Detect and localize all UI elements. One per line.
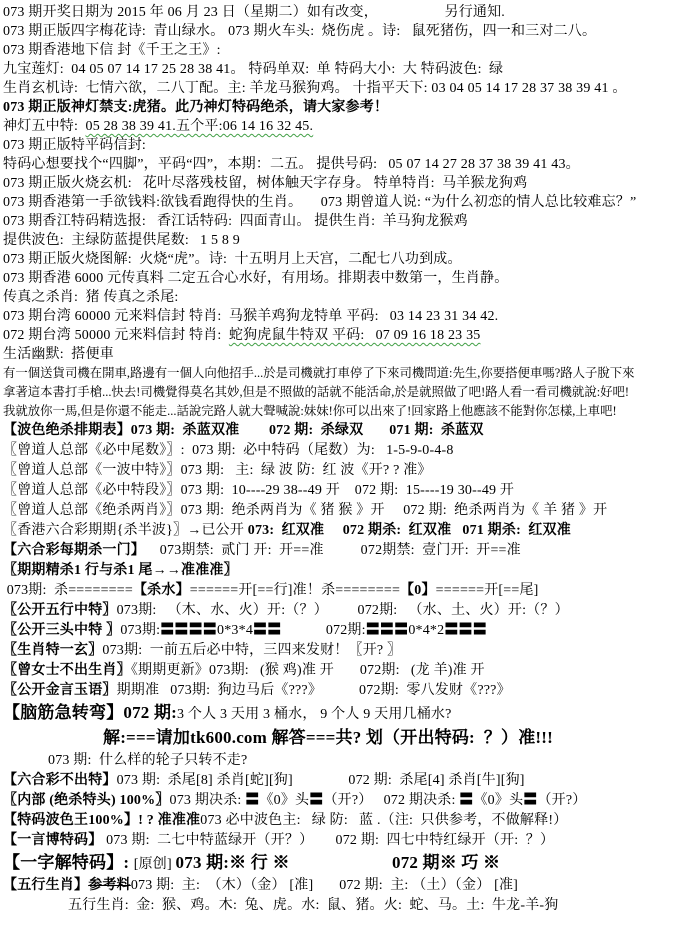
text-segment: 《0》头 [259,793,309,808]
text-segment: 〖期期精杀1 行与杀1 尾→→准准准〗 [3,563,238,578]
text-segment: 《0》头 [473,793,523,808]
text-line: 有一個送貨司機在開車,路邊有一個人向他招手...於是司機就打車停了下來司機問道:… [3,364,688,383]
text-line: 073 期正版四字梅花诗: 青山绿水。 073 期火车头: 烧伤虎 。诗: 鼠死… [3,22,688,41]
text-segment: 【六合彩不出特】 [3,773,117,788]
text-line: 【脑筋急转弯】072 期:3 个人 3 天用 3 桶水， 9 个人 9 天用几桶… [3,701,688,726]
text-segment: ======开[==行]准！杀======== [190,583,400,598]
text-segment: 期期准 073期: 狗边马后《???》 072期: 零八发财《???》 [117,683,511,698]
text-line: 〖曾女士不出生肖〗《期期更新》073期: (猴 鸡)准 开 072期: (龙 羊… [3,661,688,681]
text-line: 【六合彩不出特】073 期: 杀尾[8] 杀肖[蛇][狗] 072 期: 杀尾[… [3,771,688,791]
text-line: 【特码波色王100%】! ? 准准准073 必中波色主: 绿 防: 蓝 .（注:… [3,811,688,831]
text-segment: 【六合彩每期杀一门】 [3,543,145,558]
text-segment: 蛇狗虎鼠牛特双 平码: 07 09 16 18 23 35 [229,328,481,343]
text-segment: 【一言博特码】 [3,833,102,848]
text-segment: 解答===共? 划（开出特码: ？）准!!! [267,728,553,747]
text-segment: 拿著這本書打手槍...快去!司機覺得莫名其妙,但是不照做的話就不能活命,於是就照… [3,385,629,399]
text-line: 五行生肖: 金: 猴、鸡。木: 兔、虎。水: 鼠、猪。火: 蛇、马。土: 牛龙-… [3,896,688,916]
text-segment: 073 期香港地下信 封《千王之王》: [3,43,221,58]
text-line: 〖公开金言玉语〗期期准 073期: 狗边马后《???》 072期: 零八发财《?… [3,681,688,701]
text-line: 〖期期精杀1 行与杀1 尾→→准准准〗 [3,561,688,581]
text-segment: 【0】 [400,583,436,598]
text-segment: 〓 [245,793,259,808]
text-line: 特码心想要找个“四脚”，平码“四”，本期：二五。 提供号码: 05 07 14 … [3,155,688,174]
tk600-promo-text: tk600.com [190,728,267,747]
text-segment: 073 期香江特码精选报: 香江话特码: 四面青山。 提供生肖: 羊马狗龙猴鸡 [3,214,468,229]
text-line: 【六合彩每期杀一门】 073期禁: 贰门 开: 开==准 072期禁: 壹门开:… [3,541,688,561]
text-segment: ======开[==尾] [436,583,539,598]
text-segment: 〓 [459,793,473,808]
text-segment: 〓〓〓 [366,623,409,638]
text-segment: 参考料 [88,878,131,893]
text-line: 〖曾道人总部《一波中特》〗073 期: 主: 绿 波 防: 红 波《开? ? 准… [3,461,688,481]
text-segment: 【一字解特码】: [3,853,134,872]
text-segment: 生肖玄机诗: 七情六欲，二八丁配。主: 羊龙马猴狗鸡。 十指平天下: 03 04… [3,81,627,96]
text-line: 073 期正版神灯禁支:虎猪。此乃神灯特码绝杀，请大家参考！ [3,98,688,117]
text-segment: 073 期正版火烧图解: 火烧“虎”。诗: 十五明月上天宫，二配七八功到成。 [3,252,462,267]
text-line: 【一言博特码】 073 期: 二七中特蓝绿开（开？） 072 期: 四七中特红绿… [3,831,688,851]
text-line: 【五行生肖】参考料073 期: 主: （木）（金） [准] 072 期: 主: … [3,876,688,896]
text-segment: 072期: [281,623,365,638]
text-line: 〖曾道人总部《必中特段》〗073 期: 10----29 38--49 开 07… [3,481,688,501]
text-line: 073 期: 什么样的轮子只转不走? [3,751,688,771]
text-segment: 我就放你一馬,但是你還不能走...話說完路人就大聲喊說:妹妹!你可以出來了!回家… [3,404,617,418]
text-segment: 073 期正版火烧玄机: 花叶尽落残枝留，树体触天字存身。 特单特肖: 马羊猴龙… [3,176,527,191]
text-line: 我就放你一馬,但是你還不能走...話說完路人就大聲喊說:妹妹!你可以出來了!回家… [3,402,688,421]
text-segment: 〖公开五行中特〗 [3,603,117,618]
text-segment: 有一個送貨司機在開車,路邊有一個人向他招手...於是司機就打車停了下來司機問道:… [3,366,635,380]
text-segment: 〓〓〓〓 [160,623,217,638]
text-segment: 0*3*4 [217,623,253,638]
text-segment: 五行生肖: 金: 猴、鸡。木: 兔、虎。水: 鼠、猪。火: 蛇、马。土: 牛龙-… [68,898,558,913]
text-segment: 073: 红双准 072 期杀: 红双准 071 期杀: 红双准 [248,523,571,538]
text-segment: （开?） [537,793,586,808]
text-segment: 0*4*2 [408,623,444,638]
text-segment: 073期: [120,623,160,638]
text-segment: 〖公开三头中特 〗 [3,623,120,638]
text-segment: 073 期: 杀尾[8] 杀肖[蛇][狗] 072 期: 杀尾[4] 杀肖[牛]… [117,773,525,788]
text-line: 073 期正版火烧玄机: 花叶尽落残枝留，树体触天字存身。 特单特肖: 马羊猴龙… [3,174,688,193]
text-segment: 〓 [309,793,323,808]
text-segment: 九宝莲灯: 04 05 07 14 17 25 28 38 41。 特码单双: … [3,62,503,77]
text-segment: 传真之杀肖: 猪 传真之杀尾: [3,290,178,305]
text-segment: 提供波色: 主绿防蓝提供尾数: 1 5 8 9 [3,233,240,248]
text-segment: 073 期: 二七中特蓝绿开（开？） 072 期: 四七中特红绿开（开: ？） [102,833,554,848]
lottery-tips-document: 073 期开奖日期为 2015 年 06 月 23 日（星期二）如有改变， 另行… [0,0,688,916]
text-segment: 【波色绝杀排期表】073 期: 杀蓝双准 072 期: 杀绿双 071 期: 杀… [3,423,484,438]
text-line: 073 期正版特平码信封: [3,136,688,155]
text-segment: 〖曾道人总部《绝杀两肖》〗073 期: 绝杀两肖为《 猪 猴 》开 072 期:… [3,503,607,518]
text-segment: 073 期台湾 60000 元来料信封 特肖: 马猴羊鸡狗龙特单 平码: 03 … [3,309,498,324]
text-segment: 解:===请加 [103,728,190,747]
text-segment: 〓〓〓 [444,623,487,638]
text-line: 073 期香港地下信 封《千王之王》: [3,41,688,60]
text-segment: 073 期开奖日期为 2015 年 06 月 23 日（星期二）如有改变， 另行… [3,5,505,20]
text-segment: 〖曾道人总部《必中特段》〗073 期: 10----29 38--49 开 07… [3,483,514,498]
text-segment: 神灯五中特: [3,119,86,134]
text-segment: 05 28 38 39 41.五个平:06 14 16 32 45. [86,119,314,134]
text-segment: 〖生肖特一玄〗 [3,643,102,658]
text-line: 073期: 杀========【杀水】======开[==行]准！杀======… [3,581,688,601]
text-segment: 3 个人 3 天用 3 桶水， 9 个人 9 天用几桶水? [177,707,452,722]
text-segment: 073期: （木、水、火）开:（？） 072期: （水、土、火）开:（？） [117,603,569,618]
text-segment: 073 期正版特平码信封: [3,138,146,153]
text-segment: 073 期决杀: [170,793,246,808]
text-line: 〖香港六合彩期期{杀半波}〗→已公开 073: 红双准 072 期杀: 红双准 … [3,521,688,541]
text-line: 解:===请加tk600.com 解答===共? 划（开出特码: ？）准!!! [3,726,688,751]
text-segment: 072 期台湾 50000 元来料信封 特肖: [3,328,229,343]
text-segment: 073期: 一前五后必中特，三四来发财！〖开? 〗 [102,643,401,658]
text-line: 神灯五中特: 05 28 38 39 41.五个平:06 14 16 32 45… [3,117,688,136]
text-line: 073 期香港第一手欲钱料:欲钱看跑得快的生肖。 073 期曾道人说: “为什么… [3,193,688,212]
text-line: 九宝莲灯: 04 05 07 14 17 25 28 38 41。 特码单双: … [3,60,688,79]
text-line: 073 期开奖日期为 2015 年 06 月 23 日（星期二）如有改变， 另行… [3,3,688,22]
text-segment: 特码心想要找个“四脚”，平码“四”，本期：二五。 提供号码: 05 07 14 … [3,157,580,172]
text-segment: 〖香港六合彩期期{杀半波}〗→已公开 [3,523,248,538]
text-line: 073 期香港 6000 元传真料 二定五合心水好，有用场。排期表中数第一，生肖… [3,269,688,288]
text-segment: 〖公开金言玉语〗 [3,683,117,698]
text-segment: 〖曾女士不出生肖〗 [3,663,131,678]
text-line: 〖公开三头中特 〗073期:〓〓〓〓0*3*4〓〓 072期:〓〓〓0*4*2〓… [3,621,688,641]
text-segment: （开?） 072 期决杀: [323,793,459,808]
text-line: 〖公开五行中特〗073期: （木、水、火）开:（？） 072期: （水、土、火）… [3,601,688,621]
text-segment: 073 期香港第一手欲钱料:欲钱看跑得快的生肖。 073 期曾道人说: “为什么… [3,195,636,210]
text-line: 072 期台湾 50000 元来料信封 特肖: 蛇狗虎鼠牛特双 平码: 07 0… [3,326,688,345]
text-segment: 〓〓 [253,623,281,638]
text-segment: 〓 [523,793,537,808]
text-segment: 073 期正版神灯禁支:虎猪。此乃神灯特码绝杀，请大家参考！ [3,100,388,115]
text-segment: 073 期正版四字梅花诗: 青山绿水。 073 期火车头: 烧伤虎 。诗: 鼠死… [3,24,596,39]
text-segment: 073 期: 主: （木）（金） [准] 072 期: 主: （土）（金） [准… [131,878,518,893]
text-segment: 073期禁: 贰门 开: 开==准 072期禁: 壹门开: 开==准 [145,543,521,558]
text-line: 〖生肖特一玄〗073期: 一前五后必中特，三四来发财！〖开? 〗 [3,641,688,661]
text-segment: 073 期:※ 行 ※ 072 期※ 巧 ※ [176,853,501,872]
text-segment: 〖曾道人总部《一波中特》〗073 期: 主: 绿 波 防: 红 波《开? ? 准… [3,463,432,478]
text-line: 【一字解特码】: [原创] 073 期:※ 行 ※ 072 期※ 巧 ※ [3,851,688,876]
text-line: 073 期正版火烧图解: 火烧“虎”。诗: 十五明月上天宫，二配七八功到成。 [3,250,688,269]
text-segment: 【五行生肖】 [3,878,88,893]
text-line: 073 期台湾 60000 元来料信封 特肖: 马猴羊鸡狗龙特单 平码: 03 … [3,307,688,326]
text-line: 传真之杀肖: 猪 传真之杀尾: [3,288,688,307]
text-segment: 073 期: 什么样的轮子只转不走? [48,753,247,768]
text-segment: 【特码波色王100%】! ? 准准准 [3,813,200,828]
text-line: 【波色绝杀排期表】073 期: 杀蓝双准 072 期: 杀绿双 071 期: 杀… [3,421,688,441]
text-line: 提供波色: 主绿防蓝提供尾数: 1 5 8 9 [3,231,688,250]
text-segment: 【杀水】 [133,583,190,598]
text-line: 〖曾道人总部《绝杀两肖》〗073 期: 绝杀两肖为《 猪 猴 》开 072 期:… [3,501,688,521]
text-line: 〖曾道人总部《必中尾数》〗: 073 期: 必中特码（尾数）为: 1-5-9-0… [3,441,688,461]
text-segment: 073 必中波色主: 绿 防: 蓝 .（注: 只供参考，不做解释!） [200,813,567,828]
text-line: 〖内部 (绝杀特头) 100%〗073 期决杀: 〓《0》头〓（开?） 072 … [3,791,688,811]
text-line: 生肖玄机诗: 七情六欲，二八丁配。主: 羊龙马猴狗鸡。 十指平天下: 03 04… [3,79,688,98]
text-segment: [原创] [134,857,176,872]
text-segment: 073 期香港 6000 元传真料 二定五合心水好，有用场。排期表中数第一，生肖… [3,271,508,286]
text-line: 073 期香江特码精选报: 香江话特码: 四面青山。 提供生肖: 羊马狗龙猴鸡 [3,212,688,231]
text-line: 生活幽默: 搭便車 [3,345,688,364]
text-segment: 〖内部 (绝杀特头) 100%〗 [3,793,170,808]
text-segment: 〖曾道人总部《必中尾数》〗: 073 期: 必中特码（尾数）为: 1-5-9-0… [3,443,454,458]
text-line: 拿著這本書打手槍...快去!司機覺得莫名其妙,但是不照做的話就不能活命,於是就照… [3,383,688,402]
text-segment: 【脑筋急转弯】072 期: [3,703,177,722]
text-segment: 《期期更新》073期: (猴 鸡)准 开 072期: (龙 羊)准 开 [131,663,485,678]
text-segment: 生活幽默: 搭便車 [3,347,114,362]
text-segment: 073期: 杀======== [3,583,133,598]
